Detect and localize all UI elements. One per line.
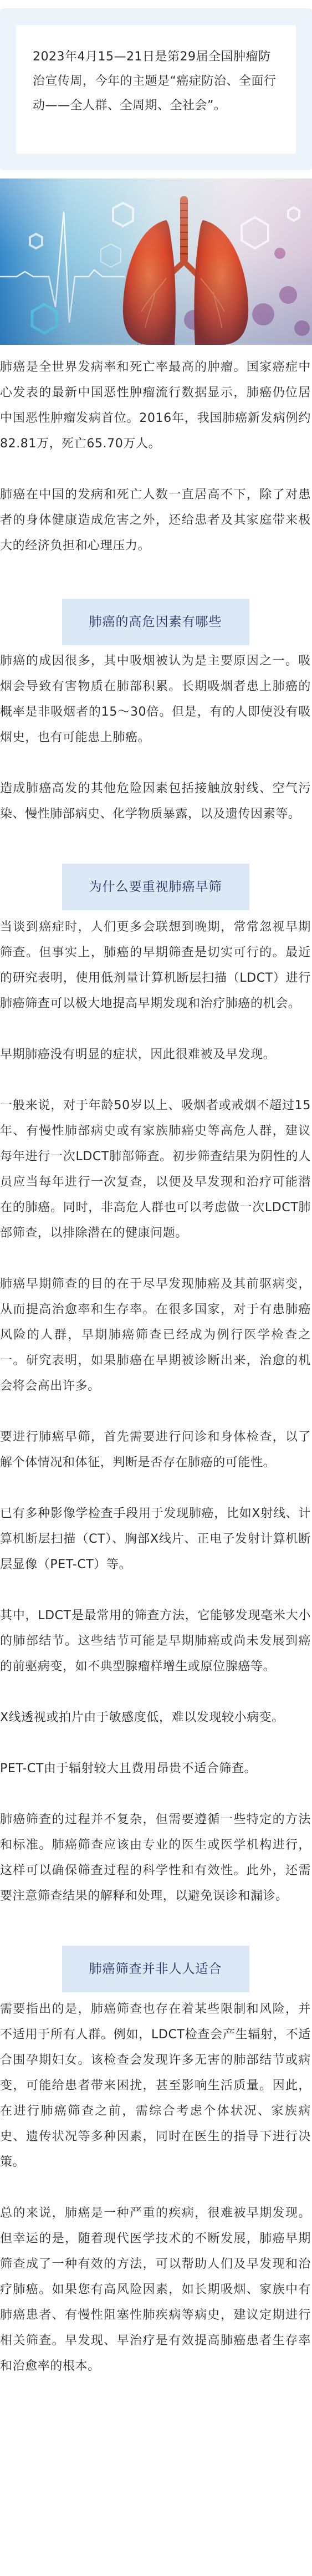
intro-card: 2023年4月15—21日是第29届全国肿瘤防治宣传周，今年的主题是“癌症防治、… (0, 8, 312, 170)
paragraph: 肺癌是全世界发病率和死亡率最高的肿瘤。国家癌症中心发表的最新中国恶性肿瘤流行数据… (0, 355, 311, 457)
section-heading-risk-factors: 肺癌的高危因素有哪些 (62, 599, 249, 645)
intro-text: 2023年4月15—21日是第29届全国肿瘤防治宣传周，今年的主题是“癌症防治、… (33, 45, 279, 118)
paragraph: 需要指出的是，肺癌筛查也存在着某些限制和风险，并不适用于所有人群。例如，LDCT… (0, 1997, 311, 2175)
intro-card-inner: 2023年4月15—21日是第29届全国肿瘤防治宣传周，今年的主题是“癌症防治、… (16, 25, 296, 154)
section-heading-not-for-everyone: 肺癌筛查并非人人适合 (62, 1946, 249, 1992)
paragraph: 早期肺癌没有明显的症状，因此很难被及早发现。 (0, 1042, 311, 1068)
paragraph: PET-CT由于辐射较大且费用昂贵不适合筛查。 (0, 1756, 311, 1782)
article-page: 2023年4月15—21日是第29届全国肿瘤防治宣传周，今年的主题是“癌症防治、… (0, 8, 312, 2393)
paragraph: 要进行肺癌早筛，首先需要进行问诊和身体检查，以了解个体情况和体征，判断是否存在肺… (0, 1425, 311, 1476)
paragraph: 总的来说，肺癌是一种严重的疾病，很难被早期发现。但幸运的是，随着现代医学技术的不… (0, 2201, 311, 2379)
paragraph: 当谈到癌症时，人们更多会联想到晚期，常常忽视早期筛查。但事实上，肺癌的早期筛查是… (0, 915, 311, 1017)
article-body: 肺癌是全世界发病率和死亡率最高的肿瘤。国家癌症中心发表的最新中国恶性肿瘤流行数据… (0, 345, 312, 2393)
section-heading-why-screening: 为什么要重视肺癌早筛 (62, 864, 249, 910)
paragraph: 已有多种影像学检查手段用于发现肺癌，比如X射线、计算机断层扫描（CT）、胸部X线… (0, 1501, 311, 1578)
paragraph: 一般来说，对于年龄50岁以上、吸烟者或戒烟不超过15年、有慢性肺部病史或有家族肺… (0, 1093, 311, 1246)
lung-illustration-image (0, 178, 312, 345)
paragraph: 造成肺癌高发的其他危险因素包括接触放射线、空气污染、慢性肺部病史、化学物质暴露，… (0, 776, 311, 827)
paragraph: 其中，LDCT是最常用的筛查方法，它能够发现毫米大小的肺部结节。这些结节可能是早… (0, 1603, 311, 1680)
paragraph: X线透视或拍片由于敏感度低，难以发现较小病变。 (0, 1705, 311, 1731)
hero-overlay (0, 178, 312, 345)
paragraph: 肺癌筛查的过程并不复杂，但需要遵循一些特定的方法和标准。肺癌筛查应该由专业的医生… (0, 1807, 311, 1909)
paragraph: 肺癌早期筛查的目的在于尽早发现肺癌及其前驱病变，从而提高治愈率和生存率。在很多国… (0, 1272, 311, 1399)
paragraph: 肺癌的成因很多，其中吸烟被认为是主要原因之一。吸烟会导致有害物质在肺部积累。长期… (0, 649, 311, 751)
paragraph: 肺癌在中国的发病和死亡人数一直居高不下，除了对患者的身体健康造成危害之外，还给患… (0, 482, 311, 559)
